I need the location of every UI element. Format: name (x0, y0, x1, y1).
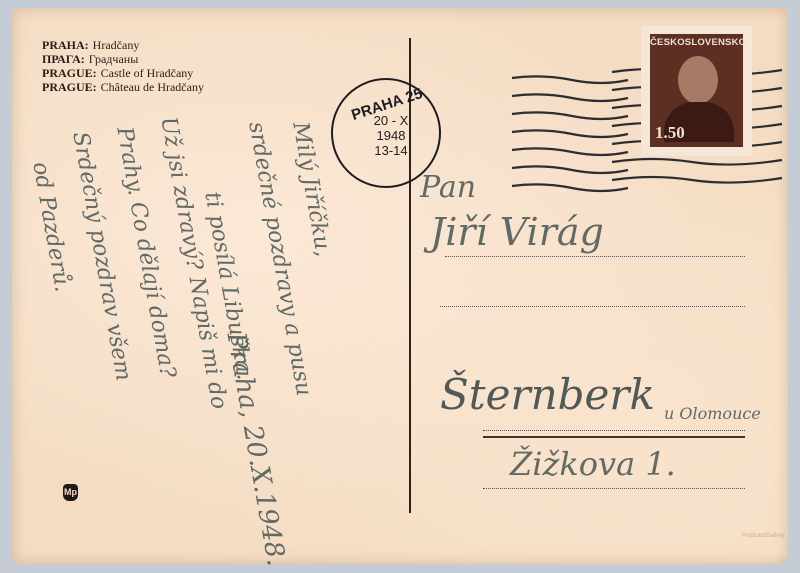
address-line-4 (483, 488, 745, 489)
postmark-year: 1948 (346, 128, 436, 143)
postage-stamp: ČESKOSLOVENSKO 1.50 (641, 26, 752, 156)
portrait-head-icon (678, 56, 718, 104)
address-line-city-underline (483, 436, 745, 438)
address-line-1 (445, 256, 745, 257)
publisher-logo: Mp (63, 484, 78, 501)
address-line-3 (483, 430, 745, 431)
postmark-office: 25 (404, 85, 425, 106)
stamp-value: 1.50 (655, 123, 685, 143)
watermark: PostcardGallery (742, 533, 785, 539)
address-city-suffix: u Olomouce (664, 404, 761, 423)
address-street: Žižkova 1. (510, 445, 676, 483)
address-name: Jiří Virág (430, 210, 604, 254)
stamp-image: ČESKOSLOVENSKO 1.50 (650, 34, 743, 147)
address-city: Šternberk (440, 370, 655, 419)
postmark-time: 13-14 (346, 143, 436, 158)
postmark: PRAHA 25 20 - X 1948 13-14 (346, 96, 436, 158)
stamp-country: ČESKOSLOVENSKO (650, 37, 743, 48)
address-line-2 (440, 306, 745, 307)
address-salutation: Pan (420, 170, 476, 205)
